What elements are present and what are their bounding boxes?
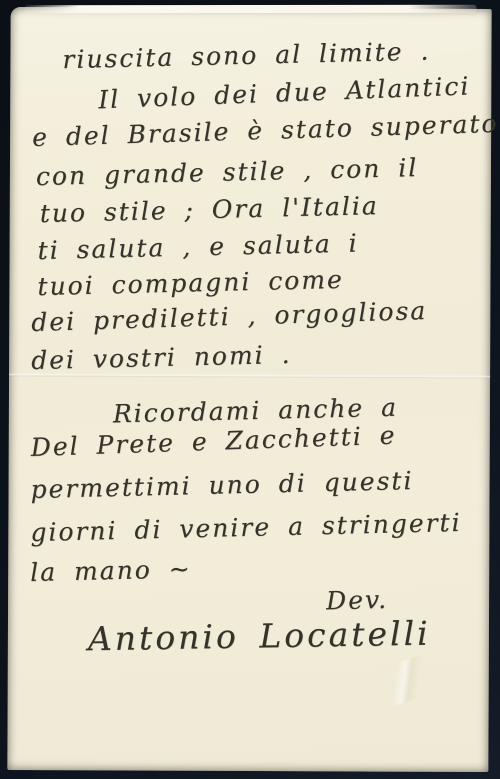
handwritten-line: permettimi uno di questi [30,466,413,504]
handwritten-line: Il volo dei due Atlantici [98,71,471,114]
photo-background: riuscita sono al limite . Il volo dei du… [0,0,500,779]
handwritten-line: dei vostri nomi . [31,340,292,375]
corner-crease [355,649,453,715]
signature: Antonio Locatelli [88,614,431,659]
handwritten-line: con grande stile , con il [36,153,419,191]
closing-line: Dev. [326,585,389,615]
handwritten-line: giorni di venire a stringerti [30,508,462,547]
handwritten-line: tuoi compagni come [37,265,344,301]
handwritten-line: ti saluta , e saluta i [37,229,359,266]
handwritten-line: dei prediletti , orgogliosa [31,296,428,337]
handwritten-line: tuo stile ; Ora l'Italia [39,191,379,228]
handwritten-line: la mano ~ [30,554,192,587]
handwritten-line: e del Brasile è stato superato [32,109,499,152]
letter-paper: riuscita sono al limite . Il volo dei du… [7,7,491,772]
paper-top-edge [25,5,477,13]
handwritten-line: riuscita sono al limite . [62,37,431,75]
handwritten-line: Del Prete e Zacchetti e [30,421,397,462]
